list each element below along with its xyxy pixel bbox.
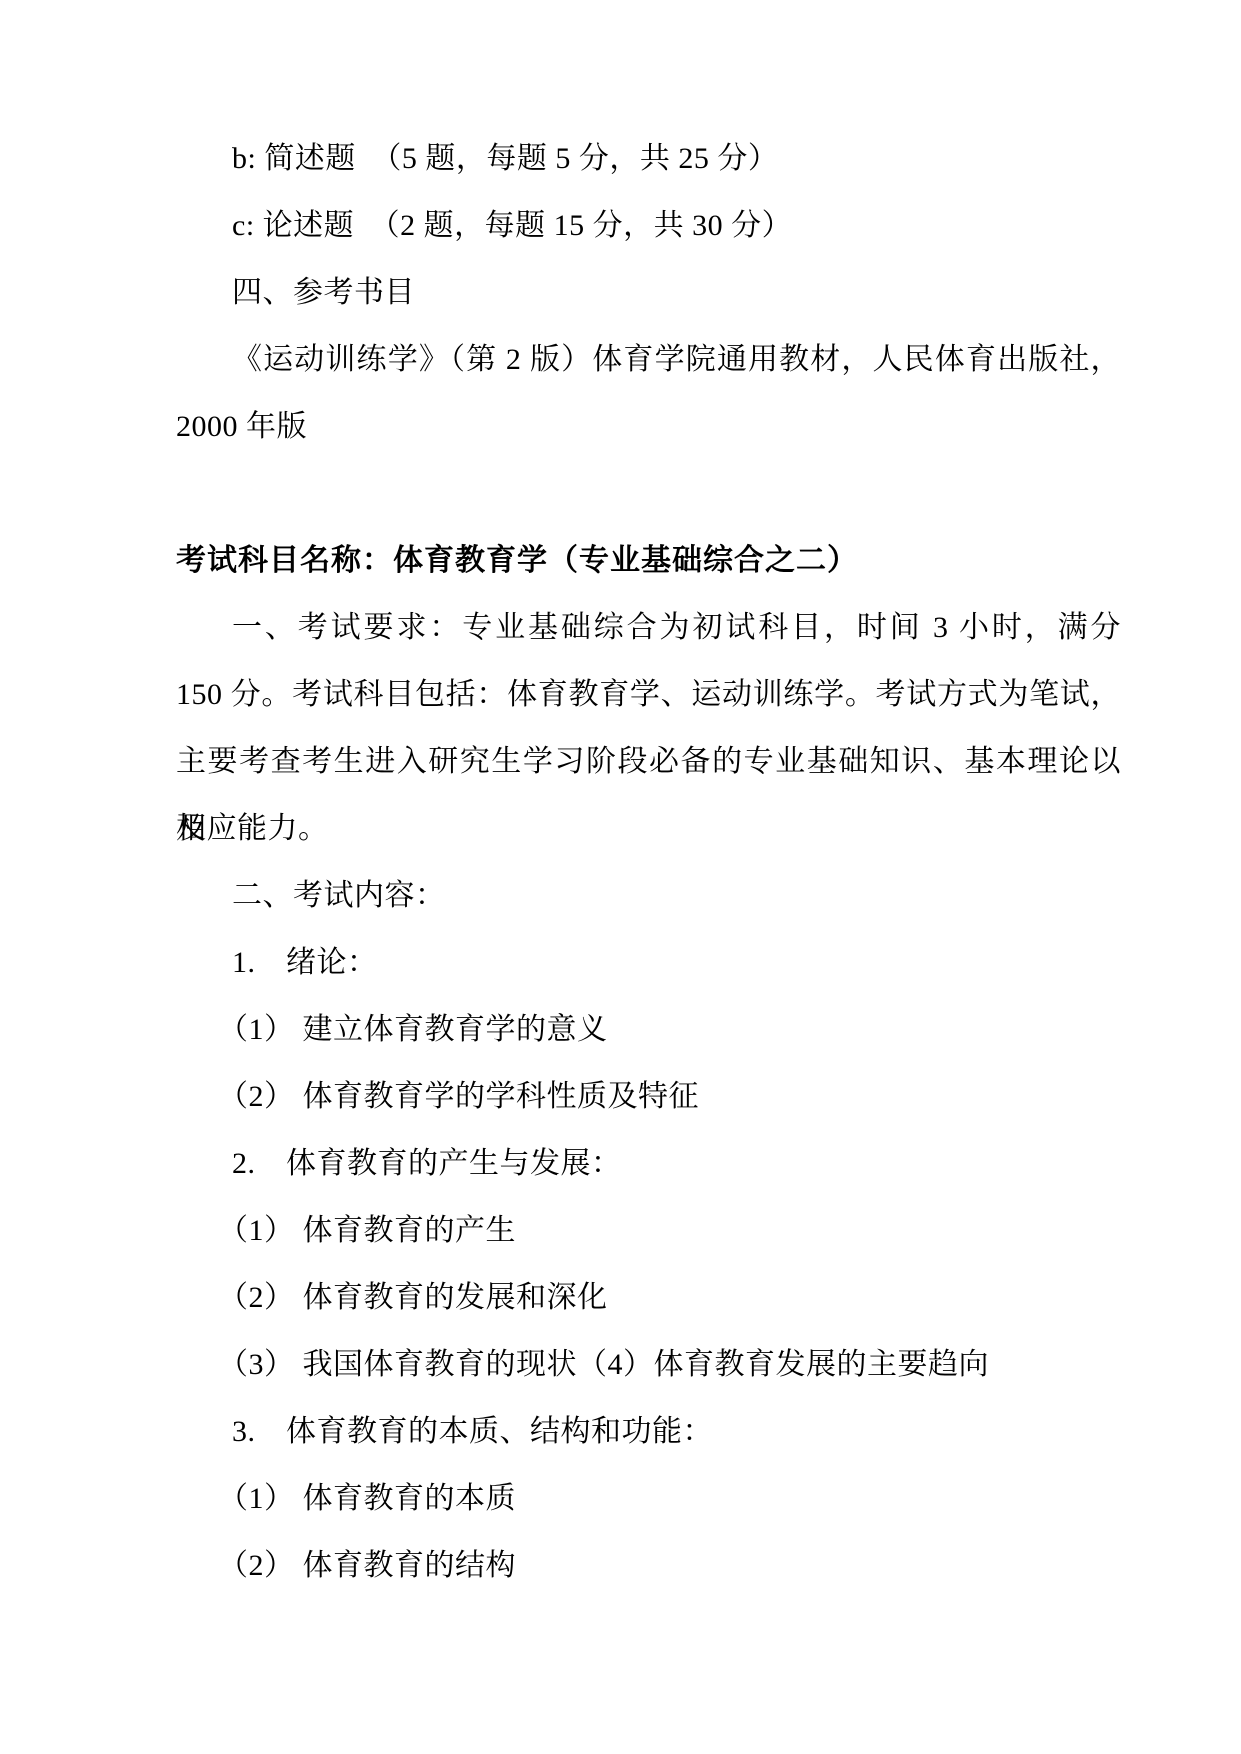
outline-item-3-sub-2: （2） 体育教育的结构 [176,1532,1121,1599]
exam-requirements-line-1: 一、考试要求：专业基础综合为初试科目，时间 3 小时，满分 [176,594,1121,661]
bibliography-line-2: 2000 年版 [176,393,1121,460]
outline-item-3: 3. 体育教育的本质、结构和功能： [176,1398,1121,1465]
outline-item-3-sub-1: （1） 体育教育的本质 [176,1465,1121,1532]
blank-line [176,460,1121,527]
outline-item-2-sub-3-4: （3） 我国体育教育的现状（4）体育教育发展的主要趋向 [176,1331,1121,1398]
outline-item-2-sub-1: （1） 体育教育的产生 [176,1197,1121,1264]
outline-item-2: 2. 体育教育的产生与发展： [176,1130,1121,1197]
bibliography-heading: 四、参考书目 [176,259,1121,326]
exam-requirements-line-3: 主要考查考生进入研究生学习阶段必备的专业基础知识、基本理论以及 [176,728,1121,795]
outline-item-1-sub-2: （2） 体育教育学的学科性质及特征 [176,1063,1121,1130]
outline-item-2-sub-2: （2） 体育教育的发展和深化 [176,1264,1121,1331]
subject-title: 考试科目名称：体育教育学（专业基础综合之二） [176,527,1121,594]
exam-content-heading: 二、考试内容： [176,862,1121,929]
outline-item-1: 1. 绪论： [176,929,1121,996]
question-type-item-b: b: 简述题 （5 题，每题 5 分，共 25 分） [176,125,1121,192]
outline-item-1-sub-1: （1） 建立体育教育学的意义 [176,996,1121,1063]
bibliography-line-1: 《运动训练学》（第 2 版）体育学院通用教材，人民体育出版社， [176,326,1121,393]
question-type-item-c: c: 论述题 （2 题，每题 15 分，共 30 分） [176,192,1121,259]
exam-requirements-line-4: 相应能力。 [176,795,1121,862]
exam-requirements-line-2: 150 分。考试科目包括：体育教育学、运动训练学。考试方式为笔试， [176,661,1121,728]
document-page: b: 简述题 （5 题，每题 5 分，共 25 分） c: 论述题 （2 题，每… [0,0,1241,1754]
